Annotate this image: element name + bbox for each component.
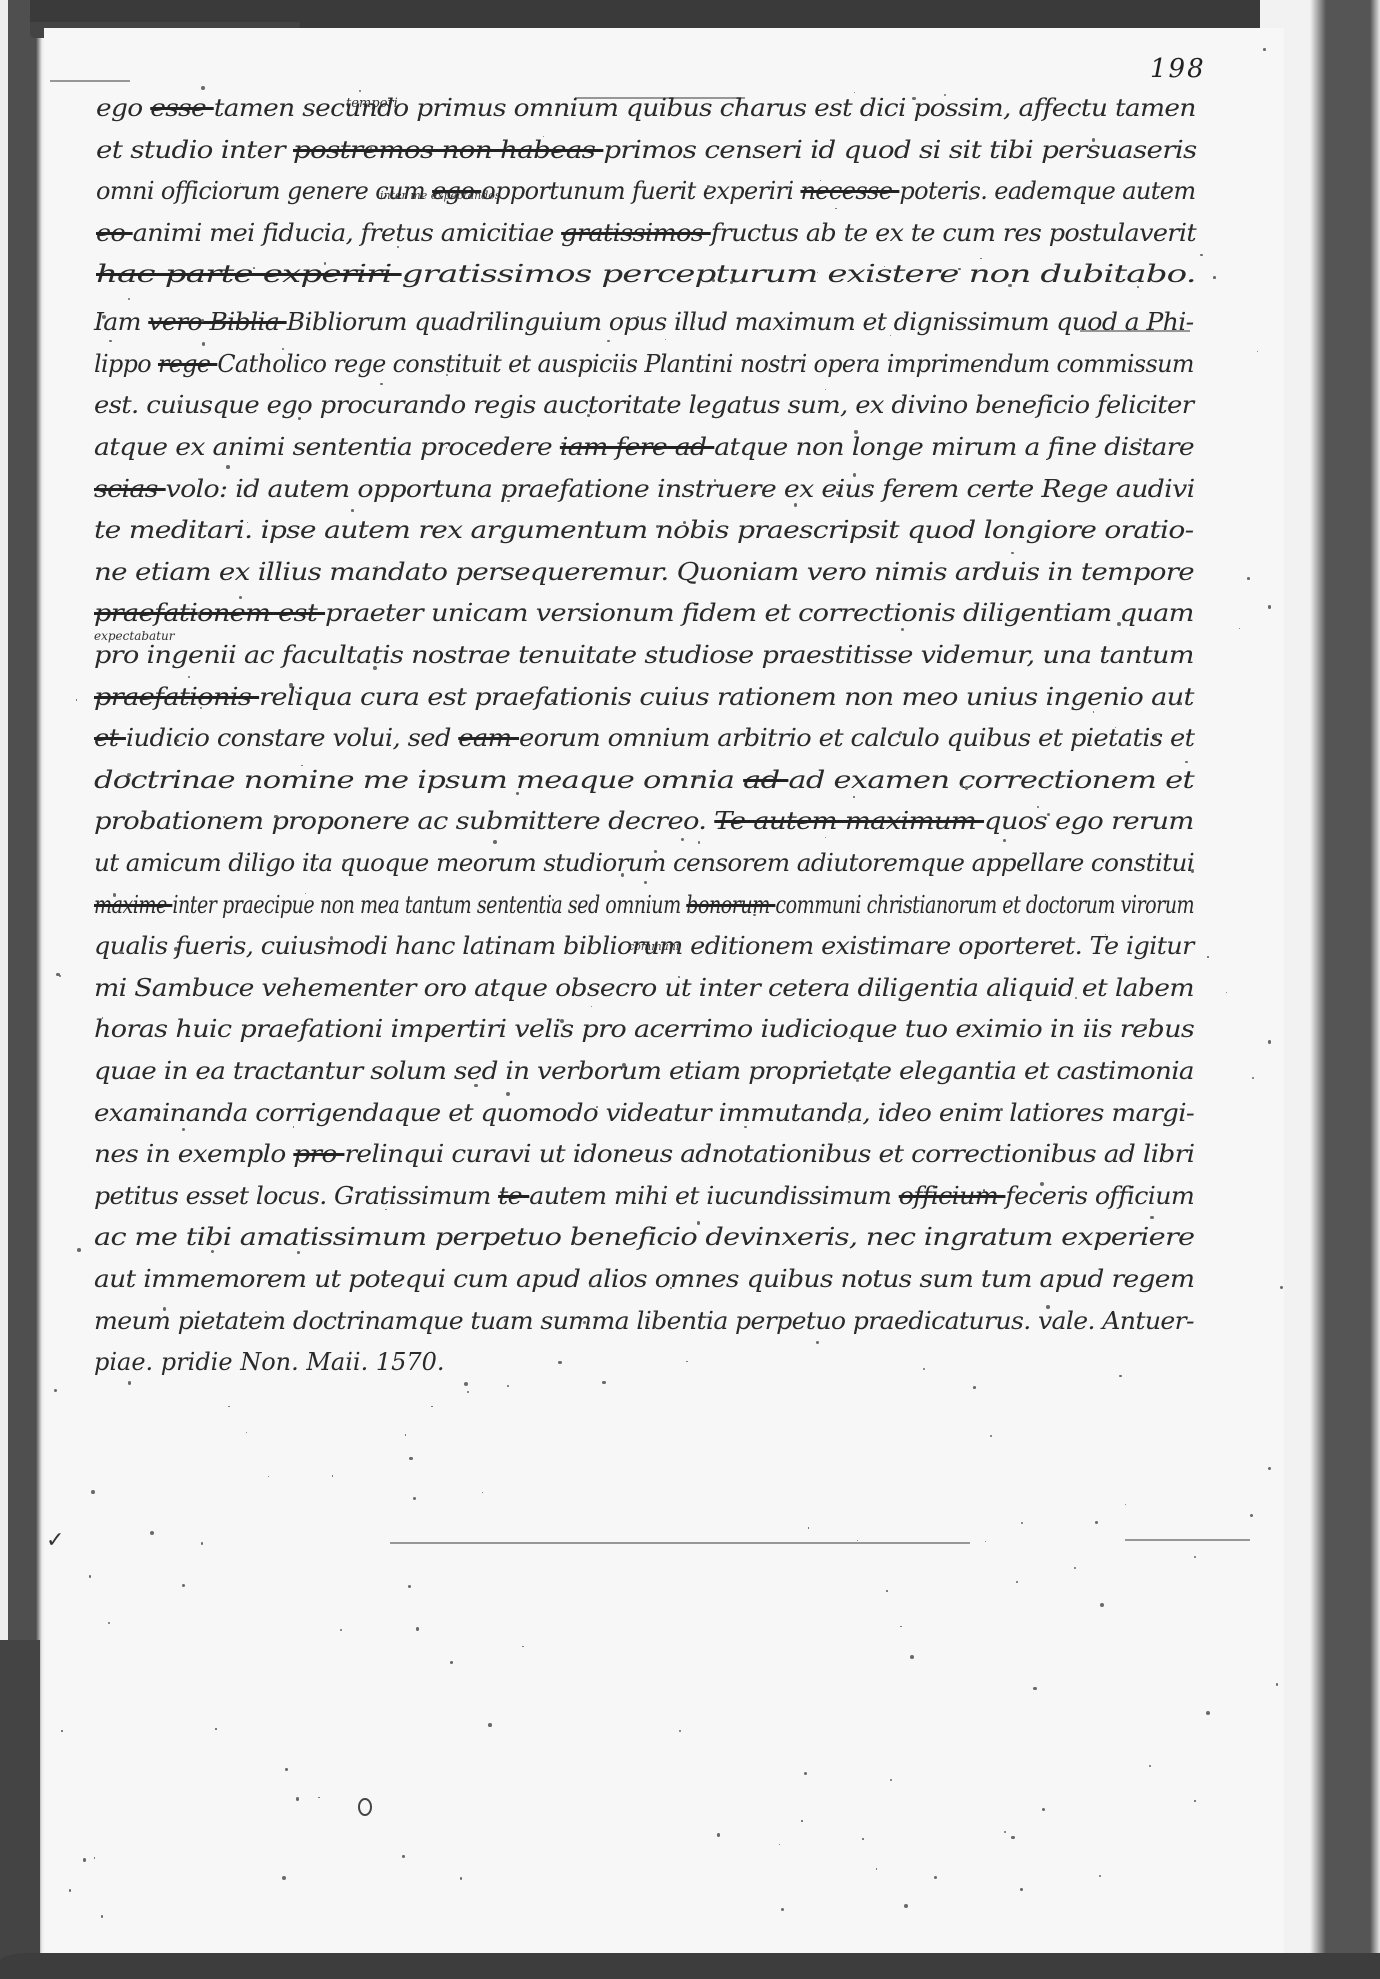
scan-speck — [697, 775, 701, 779]
scan-speck — [596, 1106, 598, 1108]
word-run: et studio inter — [96, 136, 293, 164]
scan-speck — [178, 401, 182, 405]
scan-speck — [295, 691, 297, 693]
struck-word: bonorum — [686, 891, 775, 919]
word-run: Bibliorum quadrilinguium opus illud maxi… — [287, 308, 1194, 336]
scan-speck — [697, 1221, 700, 1224]
scan-speck — [246, 1432, 247, 1433]
word-run: omni officiorum genere cum — [96, 177, 432, 205]
word-run: ut amicum diligo ita quoque meorum studi… — [94, 849, 1194, 877]
scan-speck — [240, 183, 242, 185]
scan-speck — [923, 1368, 925, 1370]
scan-speck — [1185, 761, 1187, 763]
scan-speck — [289, 683, 293, 687]
scan-speck — [385, 1209, 387, 1211]
scan-speck — [1154, 735, 1157, 738]
struck-word: eam — [458, 724, 519, 752]
scan-speck — [467, 1391, 469, 1393]
text-line: ac me tibi amatissimum perpetuo benefici… — [94, 1217, 1194, 1259]
struck-word: rege — [158, 350, 217, 378]
word-run: est. cuiusque ego procurando regis aucto… — [94, 391, 1193, 419]
text-line: piae. pridie Non. Maii. 1570. — [94, 1342, 445, 1384]
struck-word: scias — [94, 475, 166, 503]
text-line: scias volo: id autem opportuna praefatio… — [94, 469, 1194, 511]
scan-speck — [174, 947, 178, 951]
struck-word: ego — [432, 177, 481, 205]
word-run: volo: id autem opportuna praefatione ins… — [166, 475, 1195, 503]
struck-word: pro — [293, 1140, 344, 1168]
struck-word: praefationis — [94, 683, 259, 711]
scan-speck — [853, 796, 855, 798]
struck-word: eo — [96, 219, 133, 247]
text-line: praefationis reliqua cura est praefation… — [94, 677, 1194, 719]
text-line: te meditari. ipse autem rex argumentum n… — [94, 510, 1193, 552]
word-run: gratissimos percepturum existere non dub… — [402, 260, 1196, 288]
word-run: fructus ab te ex te cum res postulaverit — [711, 219, 1196, 247]
scan-frame-left — [0, 0, 46, 1979]
scan-speck — [318, 1797, 319, 1798]
scan-speck — [724, 947, 726, 949]
scan-speck — [686, 1361, 687, 1362]
scan-speck — [670, 1287, 672, 1289]
word-run: te meditari. ipse autem rex argumentum n… — [94, 516, 1193, 544]
scan-speck — [587, 414, 590, 417]
scan-speck — [373, 666, 377, 670]
word-run: quos ego rerum — [984, 807, 1194, 835]
scan-speck — [899, 731, 902, 734]
scan-speck — [808, 1527, 809, 1528]
text-line: meum pietatem doctrinamque tuam summa li… — [94, 1301, 1194, 1343]
scan-speck — [1020, 1888, 1023, 1891]
scan-speck — [788, 944, 790, 946]
scan-speck — [849, 1037, 851, 1039]
scan-speck — [685, 1276, 687, 1278]
scan-speck — [836, 491, 840, 495]
scan-speck — [656, 525, 659, 528]
scan-speck — [622, 1063, 626, 1067]
struck-word: praefationem est — [94, 599, 325, 627]
word-run: autem mihi et iucundissimum — [529, 1182, 898, 1210]
scan-speck — [712, 279, 715, 282]
scan-speck — [101, 1915, 103, 1917]
scan-speck — [654, 850, 657, 853]
scan-speck — [958, 268, 961, 271]
text-line: nes in exemplo pro relinqui curavi ut id… — [94, 1134, 1194, 1176]
scan-speck — [282, 1876, 286, 1880]
scan-speck — [488, 1723, 492, 1727]
text-line: ut amicum diligo ita quoque meorum studi… — [94, 843, 1194, 885]
scan-speck — [464, 1382, 468, 1386]
scan-speck — [370, 147, 372, 149]
word-run: lippo — [94, 350, 158, 378]
word-run: poteris. eademque autem — [899, 177, 1195, 205]
scan-speck — [59, 975, 61, 977]
text-line: probationem proponere ac submittere decr… — [94, 801, 1194, 843]
scan-speck — [176, 739, 179, 742]
word-run: primos censeri id quod si sit tibi persu… — [603, 136, 1196, 164]
text-line: mi Sambuce vehementer oro atque obsecro … — [94, 968, 1194, 1010]
scan-speck — [201, 86, 205, 90]
scan-speck — [265, 1311, 267, 1313]
scan-frame-bottom — [0, 1953, 1380, 1979]
scan-speck — [848, 1121, 850, 1123]
scan-speck — [602, 1381, 606, 1385]
scan-speck — [1008, 284, 1011, 287]
struck-word: Te autem maximum — [714, 807, 984, 835]
word-run: examinanda corrigendaque et quomodo vide… — [94, 1099, 1194, 1127]
scan-speck — [330, 936, 333, 939]
word-run: Catholico rege constituit et auspiciis P… — [217, 350, 1194, 378]
scan-speck — [402, 1855, 404, 1857]
struck-word: hac parte experiri — [96, 260, 402, 288]
struck-word: te — [498, 1182, 529, 1210]
scan-speck — [128, 1381, 132, 1385]
text-line: examinanda corrigendaque et quomodo vide… — [94, 1093, 1194, 1135]
scan-speck — [856, 1079, 859, 1082]
text-line: quae in ea tractantur solum sed in verbo… — [94, 1051, 1194, 1093]
text-line: eo animi mei fiducia, fretus amicitiae g… — [96, 213, 1196, 255]
struck-word: officium — [899, 1182, 1006, 1210]
scan-speck — [1042, 1808, 1045, 1811]
scan-speck — [753, 914, 756, 917]
scan-speck — [127, 773, 131, 777]
scan-speck — [102, 315, 106, 319]
scan-speck — [607, 340, 609, 342]
text-line: Iam vero Biblia Bibliorum quadrilinguium… — [94, 302, 1194, 344]
scan-speck — [493, 840, 497, 844]
scan-speck — [507, 1385, 509, 1387]
scan-speck — [1033, 1687, 1036, 1690]
scan-speck — [985, 1541, 986, 1542]
scan-speck — [282, 348, 284, 350]
scan-speck — [890, 1779, 892, 1781]
struck-word: gratissimos — [561, 219, 711, 247]
scan-speck — [1117, 622, 1121, 626]
text-line: maxime inter praecipue non mea tantum se… — [94, 885, 1194, 927]
scan-speck — [1213, 276, 1216, 279]
word-run: piae. pridie Non. Maii. 1570. — [94, 1348, 445, 1376]
text-line: pro ingenii ac facultatis nostrae tenuit… — [94, 635, 1194, 677]
word-run: probationem proponere ac submittere decr… — [94, 807, 714, 835]
scan-speck — [450, 1661, 453, 1664]
scan-speck — [558, 1361, 561, 1364]
word-run: feceris officium — [1005, 1182, 1194, 1210]
scan-speck — [525, 816, 528, 819]
word-run: atque non longe mirum a fine distare — [714, 433, 1194, 461]
word-run: doctrinae nomine me ipsum meaque omnia — [94, 766, 743, 794]
scan-speck — [77, 1248, 81, 1252]
word-run: Iam — [94, 308, 148, 336]
text-line: hac parte experiri gratissimos perceptur… — [96, 254, 1196, 296]
word-run: ego — [96, 94, 150, 122]
scan-speck — [226, 465, 230, 469]
word-run: meum pietatem doctrinamque tuam summa li… — [94, 1307, 1194, 1335]
scan-speck — [560, 1019, 564, 1023]
scan-speck — [1257, 351, 1258, 352]
scan-speck — [1021, 1522, 1023, 1524]
scan-speck — [61, 1730, 63, 1732]
scan-speck — [1135, 236, 1136, 237]
scan-speck — [912, 97, 915, 100]
word-run: eorum omnium arbitrio et calculo quibus … — [519, 724, 1194, 752]
scan-speck — [1003, 839, 1006, 842]
scan-speck — [886, 1590, 888, 1592]
word-run: nes in exemplo — [94, 1140, 293, 1168]
scan-speck — [408, 1585, 411, 1588]
text-line: lippo rege Catholico rege constituit et … — [94, 344, 1194, 386]
scan-speck — [358, 658, 360, 660]
text-line: praefationem est praeter unicam versionu… — [94, 593, 1194, 635]
scan-speck — [1100, 1603, 1104, 1607]
word-run: inter praecipue non mea tantum sententia… — [172, 891, 686, 919]
scan-speck — [83, 1858, 86, 1861]
word-run: ad examen correctionem et — [788, 766, 1194, 794]
struck-word: maxime — [94, 891, 172, 919]
word-run: horas huic praefationi impertiri velis p… — [94, 1015, 1194, 1043]
scan-speck — [637, 316, 639, 318]
ruling-line — [1125, 1539, 1250, 1541]
scan-speck — [1263, 48, 1266, 51]
scan-speck — [1280, 1286, 1283, 1289]
word-run: qualis fueris, cuiusmodi hanc latinam bi… — [94, 932, 1194, 960]
check-mark: ✓ — [46, 1528, 64, 1553]
scan-speck — [1000, 1108, 1003, 1111]
text-line: est. cuiusque ego procurando regis aucto… — [94, 385, 1193, 427]
scan-speck — [762, 494, 764, 496]
scan-speck — [961, 785, 962, 786]
scan-speck — [853, 473, 856, 476]
word-run: opportunum fuerit experiri — [481, 177, 800, 205]
word-run: pro ingenii ac facultatis nostrae tenuit… — [94, 641, 1194, 669]
scan-speck — [801, 1820, 803, 1822]
scan-speck — [679, 1730, 681, 1732]
scan-speck — [583, 1321, 586, 1324]
text-line: doctrinae nomine me ipsum meaque omnia a… — [94, 760, 1194, 802]
scan-speck — [714, 479, 717, 482]
scan-speck — [409, 1457, 412, 1460]
word-run: communi christianorum et doctorum viroru… — [775, 891, 1194, 919]
folio-number: 198 — [1150, 54, 1206, 84]
scan-speck — [1207, 956, 1209, 958]
scan-speck — [516, 792, 519, 795]
scan-speck — [150, 1531, 154, 1535]
paper-blemish — [358, 1798, 372, 1816]
word-run: praeter unicam versionum fidem et correc… — [325, 599, 1194, 627]
word-run: ne etiam ex illius mandato persequeremur… — [94, 558, 1194, 586]
scan-speck — [54, 1389, 57, 1392]
scan-speck — [1194, 1800, 1195, 1801]
text-line: horas huic praefationi impertiri velis p… — [94, 1009, 1194, 1051]
word-run: reliqua cura est praefationis cuius rati… — [259, 683, 1194, 711]
text-line: qualis fueris, cuiusmodi hanc latinam bi… — [94, 926, 1194, 968]
scan-speck — [591, 1006, 592, 1007]
scan-speck — [752, 491, 756, 495]
struck-word: iam fere ad — [560, 433, 714, 461]
scan-speck — [1276, 1683, 1279, 1686]
word-run: mi Sambuce vehementer oro atque obsecro … — [94, 974, 1194, 1002]
scan-speck — [969, 197, 971, 199]
struck-word: ad — [743, 766, 788, 794]
scan-speck — [76, 699, 77, 700]
scan-speck — [215, 1728, 216, 1729]
scan-speck — [119, 951, 122, 954]
scan-speck — [439, 325, 441, 327]
scan-speck — [214, 185, 215, 186]
struck-word: et — [94, 724, 126, 752]
scan-speck — [1011, 552, 1013, 554]
scan-speck — [965, 786, 968, 789]
scan-speck — [506, 1092, 510, 1096]
scan-speck — [285, 1768, 287, 1770]
ruling-line — [50, 80, 130, 82]
struck-word: necesse — [800, 177, 899, 205]
word-run: tamen secundo primus omnium quibus charu… — [214, 94, 1196, 122]
scan-speck — [108, 1622, 110, 1624]
word-run: petitus esset locus. Gratissimum — [94, 1182, 498, 1210]
struck-word: esse — [150, 94, 214, 122]
scan-speck — [274, 815, 277, 818]
scan-speck — [779, 1844, 780, 1845]
scan-speck — [1040, 1182, 1044, 1186]
struck-word: vero Biblia — [148, 308, 286, 336]
scan-speck — [862, 1838, 864, 1840]
scan-speck — [707, 185, 710, 188]
text-line: ego esse tamen secundo primus omnium qui… — [96, 88, 1196, 130]
text-line: atque ex animi sententia procedere iam f… — [94, 427, 1194, 469]
word-run: atque ex animi sententia procedere — [94, 433, 560, 461]
scan-speck — [621, 873, 625, 877]
scan-speck — [717, 1833, 721, 1837]
scan-speck — [431, 1406, 432, 1407]
scan-speck — [1250, 1514, 1253, 1517]
word-run: quae in ea tractantur solum sed in verbo… — [94, 1057, 1194, 1085]
scan-speck — [1046, 1305, 1050, 1309]
word-run: ac me tibi amatissimum perpetuo benefici… — [94, 1223, 1194, 1251]
scan-speck — [983, 1109, 985, 1111]
text-line: petitus esset locus. Gratissimum te aute… — [94, 1176, 1194, 1218]
scan-speck — [324, 262, 326, 264]
scan-speck — [202, 342, 205, 345]
scan-speck — [1137, 286, 1139, 288]
text-line: et iudicio constare volui, sed eam eorum… — [94, 718, 1194, 760]
text-line: aut immemorem ut potequi cum apud alios … — [94, 1259, 1194, 1301]
word-run: relinqui curavi ut idoneus adnotationibu… — [344, 1140, 1194, 1168]
text-line: omni officiorum genere cum ego opportunu… — [96, 171, 1196, 213]
scan-speck — [163, 1307, 166, 1310]
ruling-line — [390, 1542, 970, 1544]
scan-speck — [521, 1033, 522, 1034]
text-line: ne etiam ex illius mandato persequeremur… — [94, 552, 1194, 594]
struck-word: postremos non habeas — [293, 136, 603, 164]
scan-speck — [551, 699, 554, 702]
scan-speck — [397, 246, 399, 248]
text-line: et studio inter postremos non habeas pri… — [96, 130, 1197, 172]
scan-speck — [589, 1284, 592, 1287]
word-run: animi mei fiducia, fretus amicitiae — [133, 219, 561, 247]
scan-speck — [678, 976, 680, 978]
scan-speck — [730, 281, 733, 284]
scan-speck — [693, 321, 695, 323]
scan-speck — [365, 230, 367, 232]
scan-speck — [293, 1126, 294, 1127]
word-run: aut immemorem ut potequi cum apud alios … — [94, 1265, 1194, 1293]
